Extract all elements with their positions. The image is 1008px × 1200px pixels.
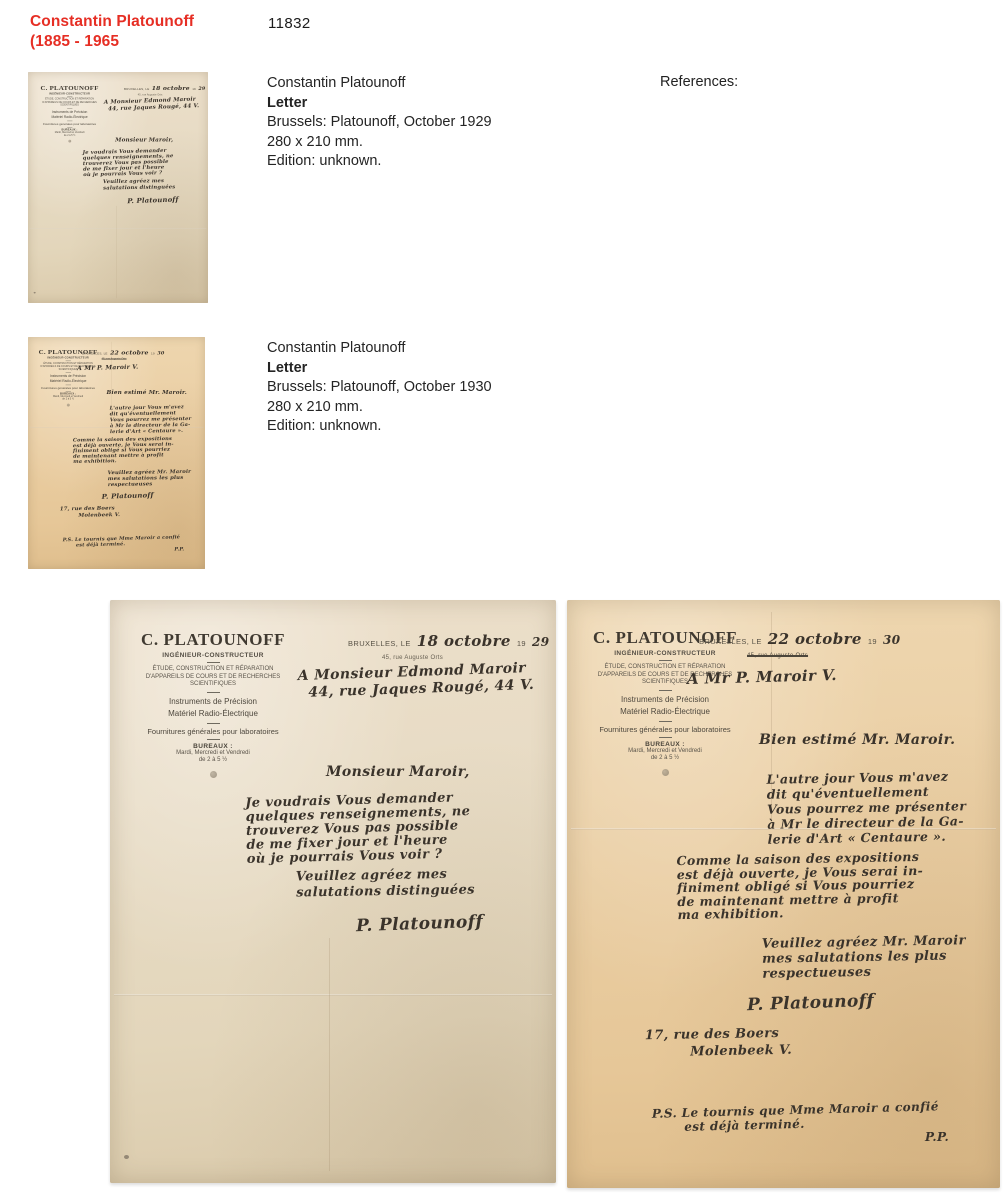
- handwritten-line: respectueuses: [108, 480, 192, 487]
- printed-letterhead: C. PLATOUNOFF Ingénieur-Constructeur Étu…: [38, 84, 102, 142]
- handwritten-sender-address: 17, rue des Boers Molenbeek V.: [645, 1025, 793, 1062]
- letterhead-office-label: Bureaux :: [134, 743, 292, 750]
- letterhead-role: Ingénieur-Constructeur: [38, 93, 102, 96]
- handwritten-body: L'autre jour Vous m'avez dit qu'éventuel…: [110, 403, 192, 434]
- letterhead-product: Matériel Radio-Électrique: [585, 706, 745, 718]
- letterhead-office-hours: de 2 à 5 ½: [134, 757, 292, 764]
- paper-crease: [329, 938, 330, 1171]
- letterhead-rule: [207, 692, 220, 693]
- handwritten-line: respectueuses: [762, 963, 966, 982]
- letter-1929-scan: C. PLATOUNOFF Ingénieur-Constructeur Étu…: [28, 72, 208, 303]
- letterhead-office-hours: Mardi, Mercredi et Vendredi: [134, 750, 292, 757]
- letterhead-services: scientifiques: [134, 681, 292, 689]
- handwritten-year: 30: [157, 350, 164, 356]
- handwritten-body: L'autre jour Vous m'avez dit qu'éventuel…: [766, 768, 967, 846]
- entry-title: Letter: [267, 359, 657, 379]
- handwritten-line: Molenbeek V.: [645, 1042, 792, 1062]
- handwritten-salutation: Bien estimé Mr. Maroir.: [107, 389, 187, 395]
- handwritten-date: 18 octobre: [417, 632, 511, 650]
- dateline: Bruxelles, le 22 octobre 19 30: [82, 349, 164, 356]
- handwritten-recipient: A Mr P. Maroir V.: [687, 666, 837, 688]
- letterhead-product: Matériel Radio-Électrique: [35, 379, 100, 384]
- entry-1930-description: Constantin Platounoff Letter Brussels: P…: [267, 339, 657, 437]
- letterhead-rule: [207, 739, 220, 740]
- handwritten-date: 18 octobre: [152, 85, 190, 92]
- handwritten-closing: Veuillez agréez Mr. Maroir mes salutatio…: [762, 933, 967, 982]
- letterhead-services: scientifiques: [38, 104, 102, 107]
- letterhead-product: Matériel Radio-Électrique: [38, 115, 102, 120]
- handwritten-date: 22 octobre: [768, 630, 862, 648]
- letterhead-supplies: Fournitures générales pour laboratoires: [38, 122, 102, 126]
- letterhead-emblem-icon: [662, 769, 669, 776]
- handwritten-year: 29: [198, 86, 205, 92]
- handwritten-recipient: A Mr P. Maroir V.: [77, 363, 138, 372]
- city-label: Bruxelles, le: [348, 639, 411, 648]
- letterhead-supplies: Fournitures générales pour laboratoires: [134, 727, 292, 736]
- handwritten-initials: P.P.: [925, 1130, 949, 1144]
- handwritten-body: Je voudrais Vous demander quelques rense…: [245, 791, 471, 867]
- dateline: Bruxelles, le 18 octobre 19 29: [348, 632, 550, 650]
- letterhead-supplies: Fournitures générales pour laboratoires: [35, 386, 100, 390]
- handwritten-postscript: P.S. Le tournis que Mme Maroir a confié …: [652, 1099, 940, 1135]
- handwritten-line: Molenbeek V.: [60, 511, 120, 519]
- entry-edition: Edition: unknown.: [267, 152, 657, 172]
- handwritten-postscript: P.S. Le tournis que Mme Maroir a confié …: [63, 534, 181, 548]
- letterhead-street: 45, rue Auguste Orts: [138, 94, 163, 96]
- handwritten-initials: P.P.: [174, 546, 184, 552]
- letterhead-rule: [659, 660, 672, 661]
- handwritten-line: lerie d'Art « Centaure ».: [110, 427, 192, 434]
- letterhead-role: Ingénieur-Constructeur: [35, 357, 100, 360]
- handwritten-salutation: Monsieur Maroir,: [115, 137, 173, 143]
- thumbnail-scaler: C. PLATOUNOFF Ingénieur-Constructeur Étu…: [28, 72, 101, 303]
- handwritten-line: ma exhibition.: [677, 904, 924, 922]
- handwritten-body: Comme la saison des expositions est déjà…: [676, 850, 924, 922]
- letterhead-emblem-icon: [67, 403, 70, 406]
- letterhead-rule: [207, 662, 220, 663]
- letter-1929-scan: C. PLATOUNOFF Ingénieur-Constructeur Étu…: [110, 600, 556, 1183]
- letterhead-product: Instruments de Précision: [134, 696, 292, 708]
- letterhead-name: C. PLATOUNOFF: [38, 84, 102, 92]
- handwritten-body: Je voudrais Vous demander quelques rense…: [83, 148, 174, 178]
- handwritten-line: salutations distinguées: [103, 184, 175, 192]
- city-label: Bruxelles, le: [699, 637, 762, 646]
- handwritten-signature: P. Platounoff: [127, 196, 179, 206]
- handwritten-recipient: A Monsieur Edmond Maroir 44, rue Jaques …: [297, 660, 534, 702]
- paper-fold: [114, 994, 551, 996]
- handwritten-line: lerie d'Art « Centaure ».: [767, 828, 967, 846]
- thumbnail-letter-1929: C. PLATOUNOFF Ingénieur-Constructeur Étu…: [28, 72, 208, 303]
- letterhead-emblem-icon: [68, 140, 71, 143]
- letterhead-office-hours: de 2 à 5 ½: [585, 755, 745, 762]
- dateline: Bruxelles, le 22 octobre 19 30: [699, 630, 901, 648]
- year-prefix: 19: [517, 639, 526, 648]
- city-label: Bruxelles, le: [124, 87, 149, 91]
- handwritten-salutation: Bien estimé Mr. Maroir.: [759, 732, 955, 748]
- entry-title: Letter: [267, 94, 657, 114]
- thumbnail-scaler: C. PLATOUNOFF Ingénieur-Constructeur Étu…: [28, 337, 100, 569]
- handwritten-signature: P. Platounoff: [747, 991, 875, 1015]
- artist-title: Constantin Platounoff (1885 - 1965: [30, 12, 194, 52]
- letterhead-role: Ingénieur-Constructeur: [585, 650, 745, 657]
- entry-artist: Constantin Platounoff: [267, 339, 657, 359]
- letter-1930-scan: C. PLATOUNOFF Ingénieur-Constructeur Étu…: [567, 600, 1000, 1188]
- handwritten-salutation: Monsieur Maroir,: [326, 764, 470, 780]
- year-prefix: 19: [868, 637, 877, 646]
- printed-letterhead: C. PLATOUNOFF Ingénieur-Constructeur Étu…: [585, 628, 745, 776]
- letterhead-supplies: Fournitures générales pour laboratoires: [585, 725, 745, 734]
- handwritten-year: 30: [883, 633, 901, 647]
- letterhead-name: C. PLATOUNOFF: [134, 630, 292, 650]
- handwritten-recipient: A Monsieur Edmond Maroir 44, rue Jaques …: [104, 96, 200, 113]
- printed-letterhead: C. PLATOUNOFF Ingénieur-Constructeur Étu…: [35, 348, 100, 406]
- letterhead-office-hours: de 2 à 5 ½: [35, 398, 100, 401]
- handwritten-signature: P. Platounoff: [101, 491, 153, 501]
- letterhead-street-struck: 45, rue Auguste Orts: [747, 653, 808, 659]
- letterhead-rule: [659, 721, 672, 722]
- handwritten-date: 22 octobre: [110, 349, 148, 356]
- artist-dates: (1885 - 1965: [30, 32, 194, 52]
- letterhead-street: 45, rue Auguste Orts: [382, 655, 443, 661]
- city-label: Bruxelles, le: [82, 352, 108, 356]
- year-prefix: 19: [151, 352, 155, 356]
- paper-stain: [34, 292, 36, 294]
- letterhead-product: Instruments de Précision: [585, 694, 745, 706]
- letterhead-services: d'appareils de cours et de recherches: [134, 674, 292, 682]
- entry-dimensions: 280 x 210 mm.: [267, 398, 657, 418]
- catalog-number: 11832: [268, 15, 311, 32]
- entry-imprint: Brussels: Platounoff, October 1929: [267, 113, 657, 133]
- letterhead-rule: [659, 690, 672, 691]
- entry-dimensions: 280 x 210 mm.: [267, 133, 657, 153]
- printed-letterhead: C. PLATOUNOFF Ingénieur-Constructeur Étu…: [134, 630, 292, 778]
- handwritten-closing: Veuillez agréez mes salutations distingu…: [296, 866, 475, 901]
- letterhead-emblem-icon: [210, 771, 217, 778]
- entry-artist: Constantin Platounoff: [267, 74, 657, 94]
- letterhead-rule: [207, 723, 220, 724]
- letterhead-office-hours: Mardi, Mercredi et Vendredi: [585, 748, 745, 755]
- handwritten-sender-address: 17, rue des Boers Molenbeek V.: [60, 505, 120, 519]
- entry-edition: Edition: unknown.: [267, 417, 657, 437]
- letter-photo-1929: C. PLATOUNOFF Ingénieur-Constructeur Étu…: [110, 600, 556, 1183]
- handwritten-signature: P. Platounoff: [356, 912, 484, 936]
- letter-photo-1930: C. PLATOUNOFF Ingénieur-Constructeur Étu…: [567, 600, 1000, 1188]
- dateline: Bruxelles, le 18 octobre 19 29: [124, 85, 205, 92]
- letterhead-office-label: Bureaux :: [585, 741, 745, 748]
- letterhead-street-struck: 45, rue Auguste Orts: [102, 358, 127, 360]
- entry-1929-description: Constantin Platounoff Letter Brussels: P…: [267, 74, 657, 172]
- letterhead-services: Étude, construction et réparation: [134, 666, 292, 674]
- entry-imprint: Brussels: Platounoff, October 1930: [267, 378, 657, 398]
- handwritten-line: salutations distinguées: [296, 882, 475, 901]
- handwritten-line: où je pourrais Vous voir ?: [83, 170, 174, 178]
- year-prefix: 19: [192, 87, 196, 91]
- letterhead-role: Ingénieur-Constructeur: [134, 652, 292, 659]
- thumbnail-letter-1930: C. PLATOUNOFF Ingénieur-Constructeur Étu…: [28, 337, 205, 569]
- handwritten-year: 29: [532, 635, 550, 649]
- letter-1930-scan: C. PLATOUNOFF Ingénieur-Constructeur Étu…: [28, 337, 205, 569]
- handwritten-line: où je pourrais Vous voir ?: [247, 847, 472, 867]
- handwritten-closing: Veuillez agréez mes salutations distingu…: [103, 178, 175, 192]
- paper-stain: [124, 1155, 129, 1159]
- catalog-page: Constantin Platounoff (1885 - 1965 11832…: [0, 0, 1008, 1200]
- letterhead-rule: [659, 737, 672, 738]
- artist-name: Constantin Platounoff: [30, 12, 194, 32]
- letterhead-product: Matériel Radio-Électrique: [134, 708, 292, 720]
- handwritten-body: Comme la saison des expositions est déjà…: [73, 436, 174, 464]
- references-label: References:: [660, 74, 738, 90]
- paper-fold: [30, 228, 206, 229]
- handwritten-closing: Veuillez agréez Mr. Maroir mes salutatio…: [108, 468, 192, 487]
- letterhead-office-hours: de 2 à 5 ½: [38, 134, 102, 137]
